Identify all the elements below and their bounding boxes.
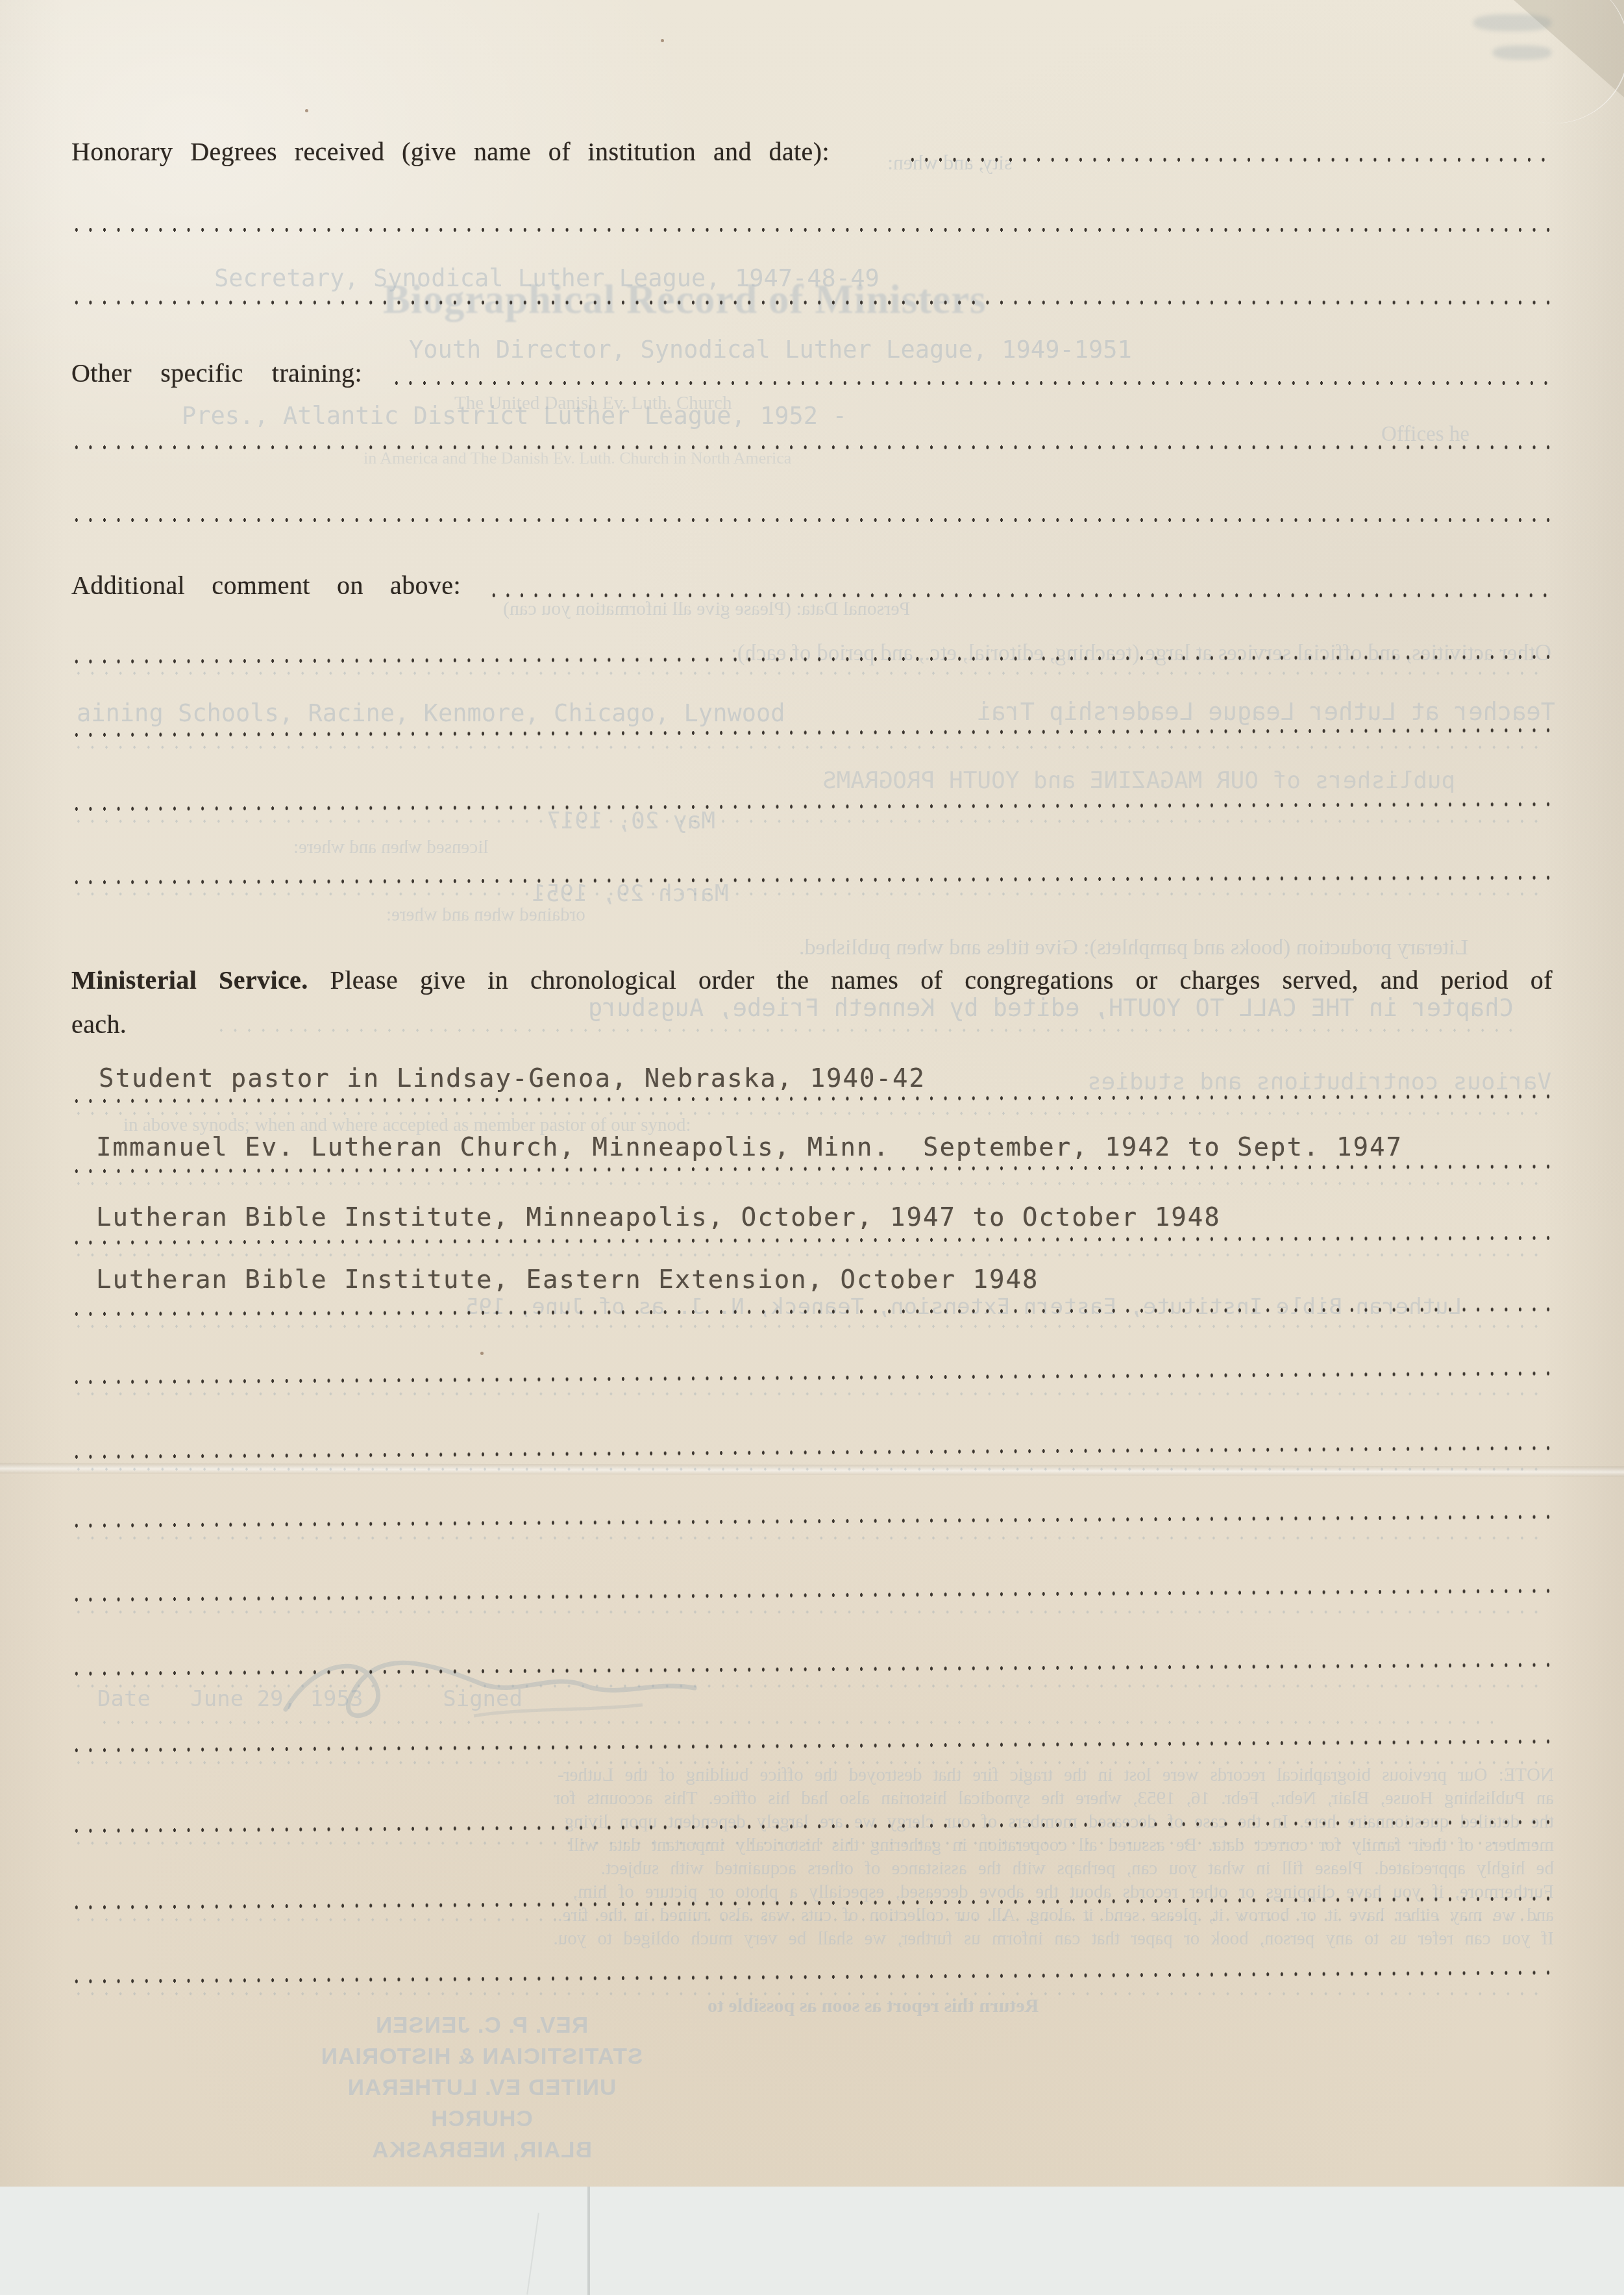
fill-in-blank	[69, 1737, 1551, 1754]
fill-in-blank	[69, 516, 1551, 524]
ghost-dotted-rule	[71, 1683, 1545, 1689]
ministerial-service-text: Please give in chronological order the n…	[330, 965, 1553, 995]
ghost-dotted-rule	[71, 1917, 1545, 1923]
ghost-dotted-rule	[71, 1535, 1545, 1541]
ministerial-service-instruction: Ministerial Service. Please give in chro…	[71, 966, 1553, 995]
fill-in-blank	[69, 1234, 1551, 1247]
ministerial-service-heading: Ministerial Service.	[71, 965, 308, 995]
service-entry: Lutheran Bible Institute, Minneapolis, O…	[96, 1205, 1221, 1230]
ghost-dotted-rule	[214, 1027, 1519, 1034]
ghost-dotted-rule	[71, 1466, 1545, 1472]
ghost-various-line: Various contributions and studies	[1087, 1070, 1551, 1095]
ghost-teacher-line-end: aining Schools, Racine, Kenmore, Chicago…	[77, 701, 785, 726]
fill-in-blank	[69, 874, 1551, 886]
fill-in-blank	[69, 1093, 1551, 1105]
ghost-teacher-line-start: Teacher at Luther League Leadership Trai	[977, 700, 1555, 725]
ghost-dotted-rule	[71, 744, 1545, 751]
other-training-label: Other specific training:	[71, 359, 362, 388]
ghost-youth-director-line: Youth Director, Synodical Luther League,…	[409, 338, 1132, 363]
ghost-dotted-rule	[71, 1759, 1545, 1766]
fill-in-blank	[69, 299, 1551, 306]
fill-in-blank	[69, 1968, 1551, 1985]
ministerial-service-continuation: each.	[71, 1010, 127, 1039]
ghost-church-name-2: in America and The Danish Ev. Luth. Chur…	[363, 449, 791, 467]
ghost-dotted-rule	[97, 1719, 1493, 1726]
ghost-address-line: REV. P. C. JENSEN	[293, 2010, 670, 2041]
ghost-ordained-label: ordained when and where:	[386, 905, 585, 924]
service-entry: Immanuel Ev. Lutheran Church, Minneapoli…	[96, 1135, 1403, 1160]
ink-smudge	[1473, 14, 1551, 31]
ghost-note-line: be highly appreciated. Please fill in wh…	[73, 1857, 1554, 1880]
ghost-publishers-line: publishers of OUR MAGAZINE and YOUTH PRO…	[822, 769, 1455, 793]
scanner-background	[0, 2187, 1624, 2295]
ghost-dotted-rule	[71, 1840, 1545, 1846]
ghost-note-line: NOTE: Our previous biographical records …	[73, 1763, 1554, 1787]
ghost-note-line: If you can refer us to any person, book …	[73, 1927, 1554, 1950]
ghost-dotted-rule	[71, 670, 1545, 676]
ghost-dotted-rule	[71, 818, 1545, 825]
ghost-return-instruction: Return this report as soon as possible t…	[707, 1996, 1039, 2016]
fill-in-blank	[69, 1163, 1551, 1175]
ghost-offices-fragment: Offices he	[1381, 423, 1470, 446]
ghost-president-line: Pres., Atlantic District Luther League, …	[182, 404, 847, 429]
fill-in-blank	[69, 1587, 1551, 1604]
ghost-address-line: UNITED EV. LUTHERAN CHURCH	[293, 2072, 670, 2135]
ghost-dotted-rule	[71, 1323, 1545, 1330]
ghost-literary-label: Literary production (books and pamphlets…	[799, 936, 1468, 960]
service-entry: Lutheran Bible Institute, Eastern Extens…	[96, 1267, 1039, 1293]
ghost-synods-line: in above synods; when and where accepted…	[123, 1115, 691, 1135]
fill-in-blank	[905, 156, 1551, 164]
ink-smudge	[1493, 45, 1551, 60]
additional-comment-label: Additional comment on above:	[71, 571, 461, 600]
fill-in-blank	[69, 443, 1551, 451]
fill-in-blank	[69, 1513, 1551, 1530]
fill-in-blank	[69, 1369, 1551, 1386]
fill-in-blank	[389, 379, 1551, 387]
paper-sheet: sity, and when: Secretary, Synodical Lut…	[0, 0, 1624, 2187]
fill-in-blank	[69, 726, 1551, 739]
ghost-note-line: an Publishing House, Blair, Nebr., Febr.…	[73, 1787, 1554, 1810]
ghost-dotted-rule	[71, 1991, 1545, 1997]
scanned-document: sity, and when: Secretary, Synodical Lut…	[0, 0, 1624, 2295]
ghost-personal-data: Personal Data: (Please give all informat…	[503, 599, 910, 619]
ghost-chapter-line: Chapter in THE CALL TO YOUTH, edited by …	[588, 996, 1514, 1021]
ghost-address-line: BLAIR, NEBRASKA	[293, 2135, 670, 2166]
ghost-dotted-rule	[71, 1252, 1545, 1258]
honorary-degrees-label: Honorary Degrees received (give name of …	[71, 138, 830, 166]
ghost-dotted-rule	[71, 1609, 1545, 1615]
fill-in-blank	[69, 1444, 1551, 1461]
fill-in-blank	[69, 800, 1551, 813]
ghost-dotted-rule	[71, 1391, 1545, 1397]
scanner-streak	[526, 2213, 539, 2294]
scanner-streak	[587, 2187, 590, 2295]
fill-in-blank	[69, 226, 1551, 234]
ghost-licensed-label: licensed when and where:	[293, 837, 488, 857]
ghost-address-line: STATISTICIAN & HISTORIAN	[293, 2041, 670, 2072]
service-entry: Student pastor in Lindsay-Genoa, Nebrask…	[99, 1066, 926, 1091]
fill-in-blank	[487, 591, 1551, 599]
ghost-dotted-rule	[71, 891, 1545, 897]
ghost-dotted-rule	[71, 1110, 1545, 1117]
ghost-dotted-rule	[71, 1180, 1545, 1187]
ghost-return-address: REV. P. C. JENSEN STATISTICIAN & HISTORI…	[293, 2010, 670, 2166]
